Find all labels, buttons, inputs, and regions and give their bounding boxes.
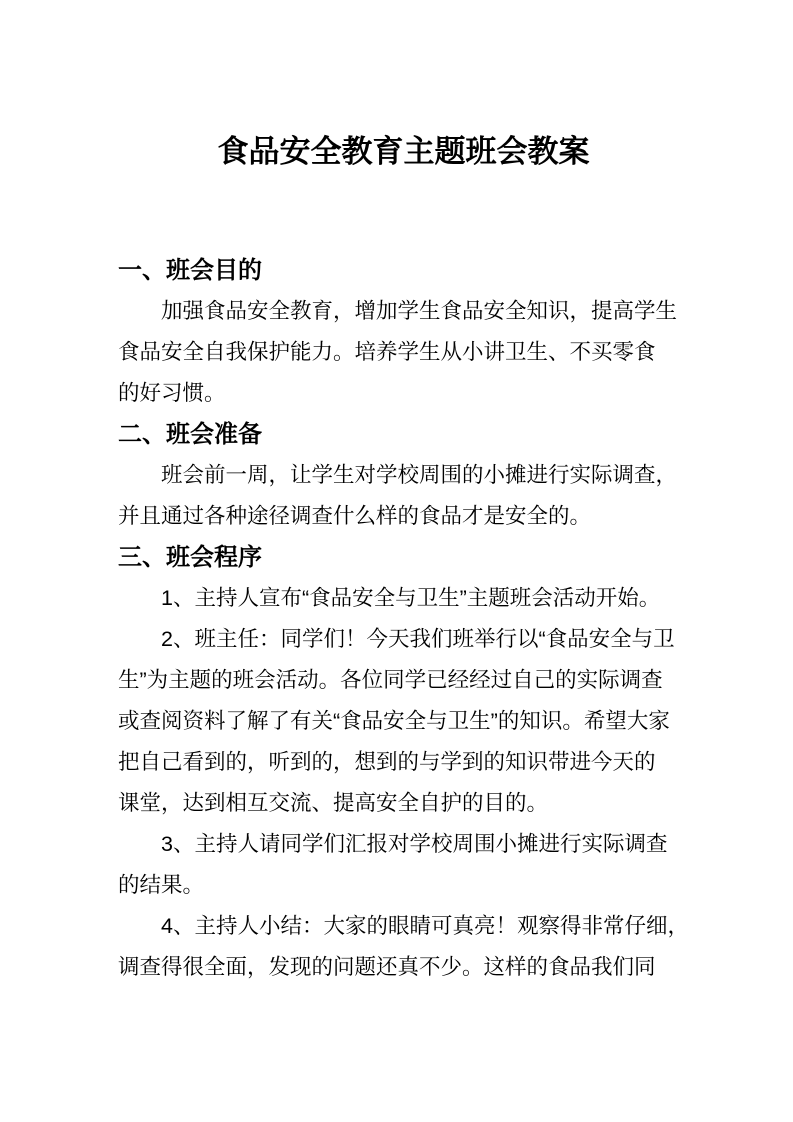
section-meeting-purpose: 一、班会目的 加强食品安全教育，增加学生食品安全知识，提高学生 食品安全自我保护… xyxy=(118,250,689,414)
document-page: 食品安全教育主题班会教案 一、班会目的 加强食品安全教育，增加学生食品安全知识，… xyxy=(0,0,793,1122)
section-heading-meeting-procedure: 三、班会程序 xyxy=(118,537,689,578)
section-heading-meeting-preparation: 二、班会准备 xyxy=(118,414,689,455)
section-heading-meeting-purpose: 一、班会目的 xyxy=(118,250,689,291)
paragraph-meeting-purpose: 加强食品安全教育，增加学生食品安全知识，提高学生 食品安全自我保护能力。培养学生… xyxy=(118,291,689,414)
document-title: 食品安全教育主题班会教案 xyxy=(118,130,689,174)
procedure-item-4: 4、主持人小结：大家的眼睛可真亮！观察得非常仔细， 调查得很全面，发现的问题还真… xyxy=(118,906,689,988)
procedure-item-3: 3、主持人请同学们汇报对学校周围小摊进行实际调查 的结果。 xyxy=(118,824,689,906)
procedure-item-2: 2、班主任：同学们！今天我们班举行以“食品安全与卫 生”为主题的班会活动。各位同… xyxy=(118,619,689,824)
section-meeting-preparation: 二、班会准备 班会前一周，让学生对学校周围的小摊进行实际调查， 并且通过各种途径… xyxy=(118,414,689,537)
procedure-item-1: 1、主持人宣布“食品安全与卫生”主题班会活动开始。 xyxy=(118,578,689,619)
paragraph-meeting-preparation: 班会前一周，让学生对学校周围的小摊进行实际调查， 并且通过各种途径调查什么样的食… xyxy=(118,455,689,537)
section-meeting-procedure: 三、班会程序 1、主持人宣布“食品安全与卫生”主题班会活动开始。 2、班主任：同… xyxy=(118,537,689,988)
